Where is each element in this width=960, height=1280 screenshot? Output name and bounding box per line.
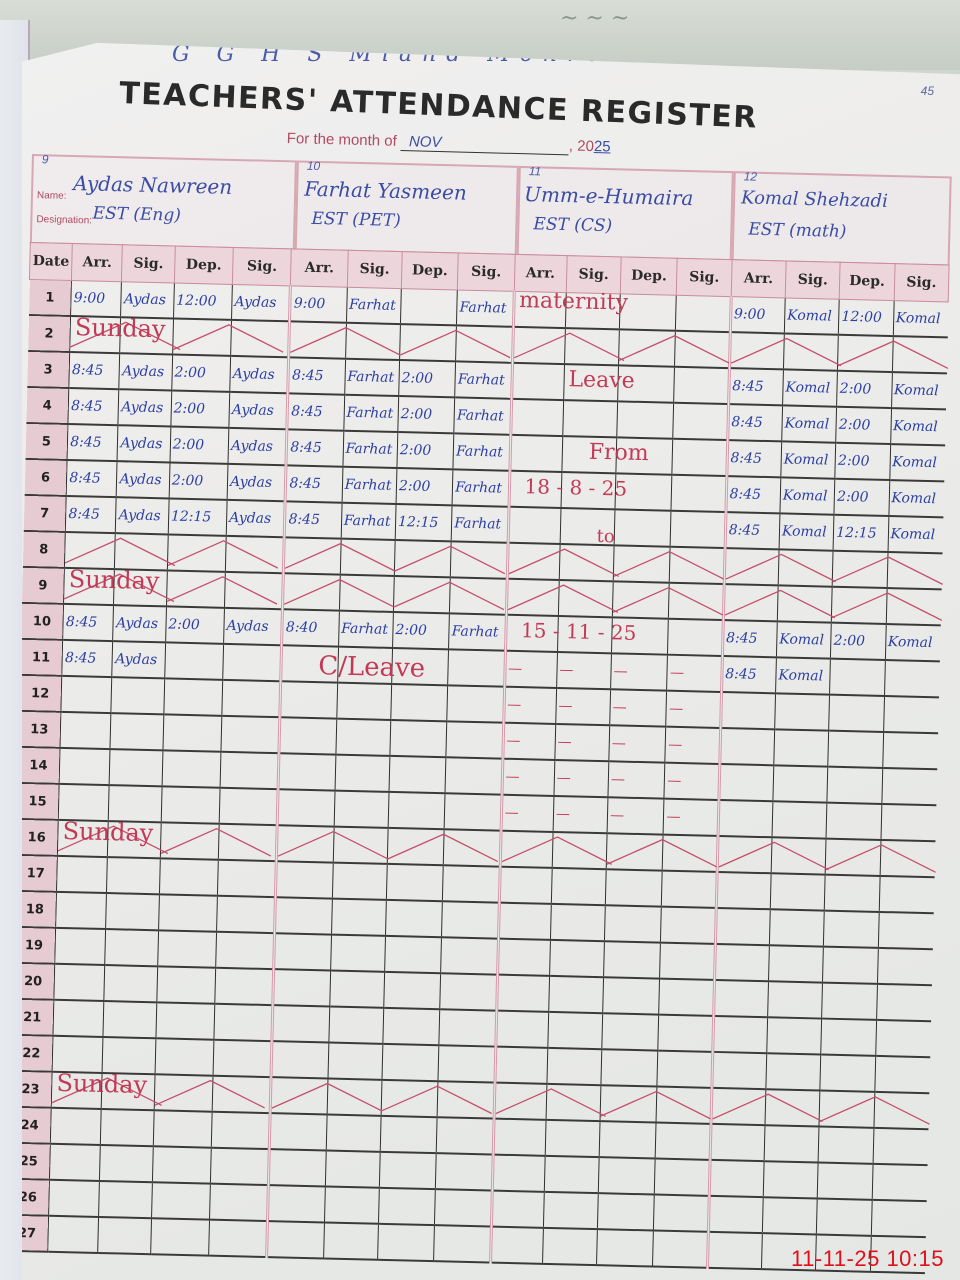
departure-time-cell: [597, 1229, 654, 1266]
arrival-header: Arr.: [731, 260, 786, 298]
teacher-designation: EST (Eng): [92, 204, 181, 226]
signature-cell: [99, 1181, 152, 1218]
signature-cell: [877, 948, 932, 985]
signature-cell: [218, 860, 277, 897]
signature-cell: Aydas: [227, 464, 286, 501]
signature-cell: [672, 439, 727, 476]
arrival-time-cell: 8:45: [722, 620, 777, 657]
signature-cell: [450, 577, 507, 614]
signature-cell: [222, 680, 281, 717]
arrival-time-cell: [723, 584, 778, 621]
signature-cell: Aydas: [226, 500, 285, 537]
signature-cell: [209, 1220, 268, 1257]
departure-time-cell: 2:00: [393, 612, 450, 649]
signature-cell: Farhat: [338, 611, 393, 648]
arrival-time-cell: 8:45: [286, 429, 343, 466]
departure-time-cell: [829, 695, 884, 732]
signature-cell: [212, 1076, 271, 1113]
arrival-time-cell: [57, 856, 108, 893]
signature-cell: [440, 973, 497, 1010]
departure-time-cell: [825, 839, 880, 876]
year-prefix: , 20: [569, 137, 594, 155]
signature-cell: Farhat: [346, 287, 401, 324]
departure-time-cell: [613, 545, 670, 582]
signature-cell: [549, 940, 604, 977]
departure-time-cell: [615, 473, 672, 510]
departure-time-cell: 2:00: [171, 390, 230, 427]
signature-cell: [120, 317, 173, 354]
departure-time-cell: [381, 1080, 438, 1117]
signature-cell: [878, 912, 933, 949]
arrival-time-cell: [507, 543, 560, 580]
signature-cell: C/Leave: [337, 647, 392, 684]
departure-time-cell: [379, 1152, 436, 1189]
signature-cell: [772, 801, 827, 838]
signature-cell: [445, 757, 502, 794]
signature-cell: From: [562, 436, 617, 473]
signature-cell: [548, 1012, 603, 1049]
signature-cell: [330, 935, 385, 972]
departure-time-cell: [830, 659, 885, 696]
teacher-name: Umm-e-Humaira: [524, 182, 694, 210]
arrival-time-cell: [279, 717, 336, 754]
arrival-time-cell: [711, 1088, 766, 1125]
date-cell: 15: [16, 783, 59, 820]
signature-cell: [98, 1217, 151, 1254]
teacher-name: Aydas Nawreen: [73, 171, 232, 199]
signature-header: Sig.: [232, 247, 291, 285]
arrival-time-cell: 8:45: [728, 368, 783, 405]
arrival-time-cell: 8:45: [287, 393, 344, 430]
date-cell: 12: [19, 675, 62, 712]
arrival-time-cell: [271, 1041, 328, 1078]
arrival-time-cell: [272, 1005, 329, 1042]
arrival-time-cell: [51, 1108, 102, 1145]
signature-cell: Komal: [888, 516, 943, 553]
signature-cell: [434, 1225, 491, 1262]
signature-cell: [874, 1056, 929, 1093]
arrival-time-cell: [491, 1191, 544, 1228]
arrival-time-cell: 8:45: [721, 656, 776, 693]
arrival-time-cell: [719, 764, 774, 801]
arrival-time-cell: [493, 1119, 546, 1156]
arrival-time-cell: [506, 579, 559, 616]
arrival-time-cell: [713, 980, 768, 1017]
signature-header: Sig.: [566, 256, 621, 294]
signature-cell: [335, 755, 390, 792]
signature-cell: Farhat: [452, 469, 509, 506]
date-cell: 5: [25, 423, 68, 460]
departure-header: Dep.: [401, 252, 458, 290]
signature-cell: [663, 835, 718, 872]
departure-header: Dep.: [620, 257, 677, 295]
signature-cell: Farhat: [455, 361, 512, 398]
signature-cell: [328, 1043, 383, 1080]
arrival-time-cell: [492, 1155, 545, 1192]
signature-cell: [104, 965, 157, 1002]
signature-cell: [107, 857, 160, 894]
signature-cell: [774, 729, 829, 766]
arrival-time-cell: [729, 332, 784, 369]
arrival-time-cell: 8:45: [69, 352, 120, 389]
signature-cell: [101, 1109, 154, 1146]
signature-cell: [336, 683, 391, 720]
signature-cell: [671, 475, 726, 512]
signature-cell: [883, 696, 938, 733]
arrival-time-cell: [55, 928, 106, 965]
signature-cell: [544, 1156, 599, 1193]
signature-cell: Komal: [890, 408, 945, 445]
departure-time-cell: [378, 1188, 435, 1225]
signature-cell: Komal: [893, 301, 948, 338]
signature-cell: [105, 929, 158, 966]
signature-cell: Farhat: [454, 397, 511, 434]
signature-cell: [872, 1164, 927, 1201]
arrival-time-cell: maternity: [513, 291, 566, 328]
signature-cell: [215, 968, 274, 1005]
signature-cell: Farhat: [341, 503, 396, 540]
signature-cell: [874, 1092, 929, 1129]
arrival-time-cell: [509, 435, 562, 472]
departure-time-cell: —: [607, 797, 664, 834]
signature-cell: [561, 472, 616, 509]
page-number: 45: [921, 84, 934, 98]
signature-cell: [892, 336, 947, 373]
departure-time-cell: [388, 792, 445, 829]
arrival-time-cell: [53, 1000, 104, 1037]
departure-time-cell: [823, 947, 878, 984]
signature-cell: [771, 837, 826, 874]
teacher-header-1: 9 Name: Designation: Aydas Nawreen EST (…: [30, 154, 297, 250]
departure-time-cell: [382, 1044, 439, 1081]
signature-cell: [100, 1145, 153, 1182]
date-cell: 9: [22, 567, 65, 604]
date-cell: 14: [17, 747, 60, 784]
signature-cell: Aydas: [118, 425, 171, 462]
signature-cell: [674, 367, 729, 404]
arrival-time-cell: [716, 872, 771, 909]
teacher-header-3: 11 Umm-e-Humaira EST (CS): [517, 166, 734, 261]
signature-cell: [340, 539, 395, 576]
departure-time-cell: 2:00: [396, 468, 453, 505]
arrival-time-cell: [508, 507, 561, 544]
signature-cell: [675, 331, 730, 368]
signature-cell: [214, 1004, 273, 1041]
signature-cell: Leave: [563, 364, 618, 401]
signature-cell: Aydas: [224, 608, 283, 645]
date-header: Date: [29, 242, 72, 280]
month-value: NOV: [401, 133, 569, 155]
departure-time-cell: 2:00: [169, 462, 228, 499]
signature-cell: [111, 677, 164, 714]
signature-cell: [438, 1045, 495, 1082]
signature-cell: [769, 909, 824, 946]
departure-time-cell: [163, 714, 222, 751]
signature-cell: [552, 832, 607, 869]
departure-time-cell: [387, 828, 444, 865]
departure-time-cell: [617, 401, 674, 438]
departure-time-cell: 12:00: [173, 283, 232, 320]
date-cell: 3: [27, 351, 70, 388]
signature-cell: —: [664, 763, 719, 800]
arrival-time-cell: [268, 1185, 325, 1222]
signature-cell: Komal: [782, 405, 837, 442]
signature-header: Sig.: [894, 264, 949, 302]
departure-time-cell: [152, 1146, 211, 1183]
signature-cell: [106, 893, 159, 930]
signature-cell: —: [556, 688, 611, 725]
arrival-time-cell: 8:45: [62, 640, 113, 677]
departure-time-cell: [400, 289, 457, 326]
arrival-time-cell: [65, 532, 116, 569]
signature-cell: —: [667, 655, 722, 692]
departure-time-cell: [164, 678, 223, 715]
arrival-header: Arr.: [291, 249, 348, 287]
photo-timestamp: 11-11-25 10:15: [791, 1246, 944, 1272]
signature-cell: [329, 971, 384, 1008]
signature-cell: Aydas: [230, 356, 289, 393]
departure-time-cell: [161, 786, 220, 823]
arrival-time-cell: 8:45: [725, 512, 780, 549]
signature-header: Sig.: [677, 258, 732, 296]
signature-cell: Aydas: [118, 389, 171, 426]
departure-time-cell: 2:00: [837, 371, 892, 408]
departure-time-cell: [164, 642, 223, 679]
departure-time-cell: [386, 864, 443, 901]
arrival-time-cell: —: [502, 723, 555, 760]
signature-cell: [442, 901, 499, 938]
date-cell: 7: [23, 495, 66, 532]
arrival-time-cell: [48, 1216, 99, 1253]
signature-cell: —: [555, 724, 610, 761]
arrival-time-cell: [289, 321, 346, 358]
signature-cell: —: [554, 760, 609, 797]
signature-cell: [564, 328, 619, 365]
date-cell: 6: [24, 459, 67, 496]
signature-cell: [563, 400, 618, 437]
signature-cell: [225, 536, 284, 573]
signature-cell: [668, 619, 723, 656]
month-field: For the month of NOV, 2025: [287, 130, 611, 156]
signature-cell: Farhat: [342, 467, 397, 504]
arrival-time-cell: [500, 831, 553, 868]
departure-time-cell: [825, 875, 880, 912]
arrival-time-cell: [499, 867, 552, 904]
departure-time-cell: [819, 1091, 874, 1128]
signature-cell: [448, 649, 505, 686]
arrival-time-cell: [277, 825, 334, 862]
signature-cell: [439, 1009, 496, 1046]
teacher-serial: 9: [42, 152, 49, 166]
departure-time-cell: [155, 1038, 214, 1075]
signature-cell: [557, 616, 612, 653]
signature-cell: [662, 871, 717, 908]
signature-cell: [764, 1125, 819, 1162]
departure-time-cell: [832, 551, 887, 588]
signature-cell: Komal: [783, 369, 838, 406]
teacher-serial: 11: [529, 164, 542, 178]
departure-time-cell: [604, 941, 661, 978]
arrival-time-cell: —: [501, 795, 554, 832]
signature-cell: [884, 660, 939, 697]
arrival-time-cell: [50, 1144, 101, 1181]
arrival-time-cell: 8:45: [67, 424, 118, 461]
register-page: G G H S Miand Mohra TEACHERS' ATTENDANCE…: [22, 24, 960, 1280]
arrival-time-cell: 8:40: [282, 609, 339, 646]
signature-cell: [880, 840, 935, 877]
signature-cell: to: [560, 508, 615, 545]
departure-time-cell: [828, 731, 883, 768]
signature-cell: [670, 547, 725, 584]
signature-cell: [225, 572, 284, 609]
signature-cell: [673, 403, 728, 440]
departure-time-cell: [599, 1121, 656, 1158]
designation-label: Designation:: [36, 214, 92, 226]
departure-time-cell: 2:00: [398, 396, 455, 433]
arrival-time-cell: [58, 784, 109, 821]
departure-time-cell: 2:00: [834, 479, 889, 516]
teacher-name: Farhat Yasmeen: [304, 177, 467, 205]
signature-cell: [323, 1222, 378, 1259]
signature-cell: [327, 1079, 382, 1116]
arrival-time-cell: [709, 1160, 764, 1197]
arrival-time-cell: [52, 1036, 103, 1073]
arrival-time-cell: [498, 903, 551, 940]
departure-time-cell: [826, 803, 881, 840]
teacher-serial: 12: [743, 169, 757, 183]
arrival-time-cell: 8:45: [727, 404, 782, 441]
departure-time-cell: [159, 858, 218, 895]
signature-cell: [763, 1161, 818, 1198]
signature-cell: [103, 1001, 156, 1038]
signature-cell: [547, 1048, 602, 1085]
signature-cell: [783, 333, 838, 370]
signature-cell: [887, 552, 942, 589]
departure-time-cell: —: [609, 725, 666, 762]
teacher-designation: EST (CS): [533, 214, 612, 236]
arrival-time-cell: 9:00: [290, 286, 347, 323]
departure-time-cell: 2:00: [170, 426, 229, 463]
signature-cell: [656, 1087, 711, 1124]
teacher-serial: 10: [307, 159, 321, 173]
departure-time-cell: [157, 966, 216, 1003]
arrival-time-cell: 8:45: [727, 440, 782, 477]
departure-time-cell: [380, 1116, 437, 1153]
signature-cell: [435, 1189, 492, 1226]
departure-time-cell: [167, 534, 226, 571]
arrival-time-cell: [496, 975, 549, 1012]
signature-cell: [331, 899, 386, 936]
signature-cell: [108, 821, 161, 858]
signature-cell: [329, 1007, 384, 1044]
departure-time-cell: [612, 617, 669, 654]
month-label: For the month of: [287, 130, 397, 150]
arrival-time-cell: 8:45: [285, 501, 342, 538]
signature-cell: [332, 863, 387, 900]
teacher-designation: EST (math): [748, 220, 847, 242]
signature-cell: [658, 1015, 713, 1052]
departure-time-cell: [389, 756, 446, 793]
arrival-time-cell: [490, 1227, 543, 1264]
signature-cell: [773, 765, 828, 802]
signature-cell: [777, 585, 832, 622]
signature-header: Sig.: [785, 261, 840, 299]
arrival-time-cell: —: [503, 687, 556, 724]
signature-cell: [559, 544, 614, 581]
teacher-designation: EST (PET): [311, 209, 401, 231]
arrival-time-cell: 8:45: [63, 604, 114, 641]
signature-cell: [653, 1231, 708, 1268]
signature-cell: [669, 583, 724, 620]
signature-cell: [333, 827, 388, 864]
departure-time-cell: [601, 1049, 658, 1086]
date-cell: 2: [28, 315, 71, 352]
arrival-time-cell: [61, 676, 112, 713]
arrival-time-cell: 9:00: [71, 281, 122, 318]
signature-cell: [766, 1053, 821, 1090]
arrival-time-cell: [714, 944, 769, 981]
signature-cell: Komal: [780, 477, 835, 514]
departure-time-cell: [154, 1074, 213, 1111]
arrival-time-cell: [270, 1113, 327, 1150]
signature-cell: [334, 791, 389, 828]
departure-time-cell: [400, 324, 457, 361]
departure-time-cell: [614, 509, 671, 546]
arrival-time-cell: [60, 712, 111, 749]
arrival-time-cell: [278, 753, 335, 790]
departure-time-cell: [618, 365, 675, 402]
signature-header: Sig.: [458, 253, 515, 291]
departure-time-cell: [166, 570, 225, 607]
signature-cell: [324, 1186, 379, 1223]
date-cell: 4: [26, 387, 69, 424]
departure-time-cell: [602, 1013, 659, 1050]
signature-cell: [456, 325, 513, 362]
teacher-header-4: 12 Komal Shehzadi EST (math): [732, 171, 952, 266]
arrival-time-cell: [712, 1052, 767, 1089]
arrival-time-cell: [720, 728, 775, 765]
arrival-time-cell: [710, 1124, 765, 1161]
arrival-time-cell: 8:45: [68, 388, 119, 425]
signature-cell: Komal: [891, 372, 946, 409]
arrival-time-cell: [512, 327, 565, 364]
departure-time-cell: 12:15: [395, 504, 452, 541]
departure-time-cell: [394, 540, 451, 577]
signature-cell: [345, 323, 400, 360]
signature-cell: [336, 719, 391, 756]
departure-time-cell: [158, 894, 217, 931]
departure-time-cell: —: [611, 653, 668, 690]
signature-cell: Farhat: [344, 395, 399, 432]
departure-time-cell: [392, 648, 449, 685]
signature-cell: [550, 904, 605, 941]
departure-time-cell: [605, 905, 662, 942]
signature-cell: [660, 943, 715, 980]
departure-time-cell: [838, 335, 893, 372]
signature-cell: [543, 1192, 598, 1229]
arrival-time-cell: [273, 969, 330, 1006]
signature-cell: [109, 785, 162, 822]
arrival-time-cell: [715, 908, 770, 945]
signature-cell: [873, 1128, 928, 1165]
signature-cell: [661, 907, 716, 944]
departure-time-cell: 12:15: [168, 498, 227, 535]
signature-cell: [216, 932, 275, 969]
departure-time-cell: [606, 833, 663, 870]
signature-cell: Aydas: [121, 282, 174, 319]
departure-time-cell: [605, 869, 662, 906]
signature-cell: [876, 984, 931, 1021]
